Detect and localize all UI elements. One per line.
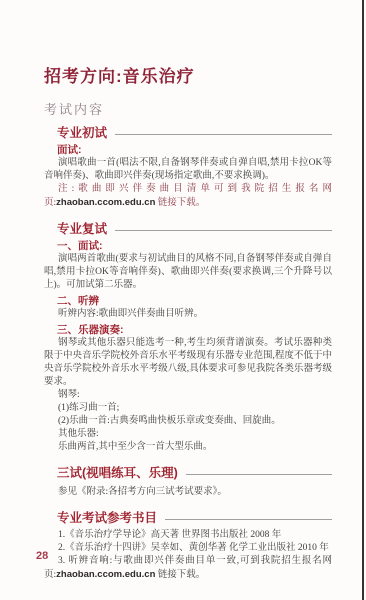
page-number: 28 <box>36 550 48 562</box>
second-round-heading-row: 专业复试 <box>44 221 332 237</box>
second-round-interview-label: 一、面试: <box>44 239 332 253</box>
exam-content-subtitle: 考试内容 <box>44 102 332 118</box>
second-round-listening-label: 二、听辨 <box>44 294 332 308</box>
reference-item: 2.《音乐治疗十四讲》吴幸如、黄创华著 化学工业出版社 2010 年 <box>44 542 332 555</box>
piano-item-2: (2)乐曲一首:古典奏鸣曲快板乐章或变奏曲、回旋曲。 <box>44 415 332 428</box>
third-round-text: 参见《附录:各招考方向三试考试要求》。 <box>44 486 332 499</box>
first-round-interview-label: 面试: <box>44 143 332 157</box>
second-round-instrument-text: 钢琴或其他乐器只能选考一种,考生均须背谱演奏。考试乐器种类限于中央音乐学院校外音… <box>44 337 332 389</box>
page-right-edge <box>362 0 364 600</box>
piano-item-1: (1)练习曲一首; <box>44 402 332 415</box>
reference-3-suffix: 链接下载。 <box>155 570 205 580</box>
reference-item-3: 3. 听辨音响:与歌曲即兴伴奏曲目单一致,可到我院招生报名网页:zhaoban.… <box>44 555 332 582</box>
heading-rule <box>186 474 332 475</box>
note-suffix: 链接下载。 <box>155 198 205 208</box>
heading-rule <box>165 519 332 520</box>
page-title: 招考方向:音乐治疗 <box>44 66 332 87</box>
first-round-heading: 专业初试 <box>57 125 107 141</box>
page-container: 招考方向:音乐治疗 考试内容 专业初试 面试: 演唱歌曲一首(唱法不限,自备钢琴… <box>0 0 366 600</box>
piano-label: 钢琴: <box>44 389 332 402</box>
second-round-listening-text: 听辨内容:歌曲即兴伴奏曲目听辨。 <box>44 308 332 321</box>
first-round-paragraph: 演唱歌曲一首(唱法不限,自备钢琴伴奏或自弹自唱,禁用卡拉OK等音响伴奏)、歌曲即… <box>44 157 332 183</box>
first-round-note: 注:歌曲即兴伴奏曲目清单可到我院招生报名网页:zhaoban.ccom.edu.… <box>44 183 332 210</box>
second-round-instrument-label: 三、乐器演奏: <box>44 323 332 337</box>
second-round-interview-text: 演唱两首歌曲(要求与初试曲目的风格不同,自备钢琴伴奏或自弹自唱,禁用卡拉OK等音… <box>44 253 332 292</box>
third-round-heading-row: 三试(视唱练耳、乐理) <box>44 465 332 481</box>
reference-item: 1.《音乐治疗学导论》高天著 世界图书出版社 2008 年 <box>44 529 332 542</box>
heading-rule <box>115 230 332 231</box>
zhaoban-url: zhaoban.ccom.edu.cn <box>56 569 155 580</box>
heading-rule <box>115 134 332 135</box>
other-instruments-text: 乐曲两首,其中至少含一首大型乐曲。 <box>44 441 332 454</box>
references-heading: 专业考试参考书目 <box>57 510 157 526</box>
references-list: 1.《音乐治疗学导论》高天著 世界图书出版社 2008 年 2.《音乐治疗十四讲… <box>44 529 332 582</box>
first-round-heading-row: 专业初试 <box>44 125 332 141</box>
other-instruments-label: 其他乐器: <box>44 428 332 441</box>
second-round-heading: 专业复试 <box>57 221 107 237</box>
page-content: 招考方向:音乐治疗 考试内容 专业初试 面试: 演唱歌曲一首(唱法不限,自备钢琴… <box>44 66 332 582</box>
zhaoban-url: zhaoban.ccom.edu.cn <box>56 197 155 208</box>
third-round-heading: 三试(视唱练耳、乐理) <box>57 465 178 481</box>
references-heading-row: 专业考试参考书目 <box>44 510 332 526</box>
